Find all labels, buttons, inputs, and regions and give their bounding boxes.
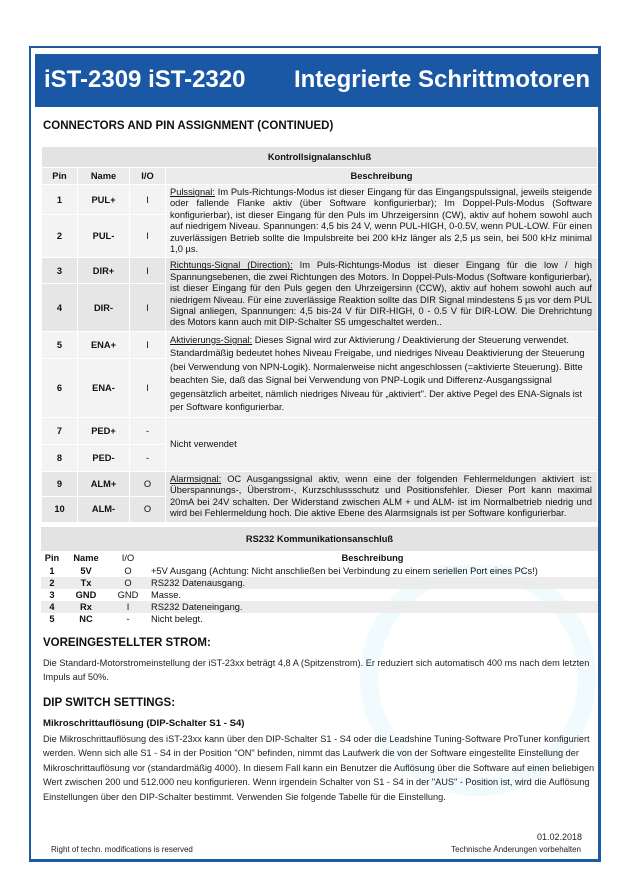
table-row: 5 ENA+ I Aktivierungs-Signal: Dieses Sig… — [42, 331, 598, 358]
col-name: Name — [63, 551, 109, 565]
col-pin: Pin — [42, 168, 78, 185]
col-description: Beschreibung — [166, 168, 598, 185]
table-row: 2TxORS232 Datenausgang. — [41, 577, 598, 589]
col-io: I/O — [109, 551, 147, 565]
dir-description: Richtungs-Signal (Direction): Im Puls-Ri… — [166, 258, 598, 331]
ena-description: Aktivierungs-Signal: Dieses Signal wird … — [166, 331, 598, 417]
dip-text: Die Mikroschrittauflösung des iST-23xx k… — [43, 732, 598, 804]
alm-description: Alarmsignal: OC Ausgangssignal aktiv, we… — [166, 471, 598, 522]
footer-date: 01.02.2018 — [537, 832, 582, 842]
col-io: I/O — [130, 168, 166, 185]
col-name: Name — [78, 168, 130, 185]
model-title: iST-2309 iST-2320 — [44, 66, 245, 94]
section-connectors-title: CONNECTORS AND PIN ASSIGNMENT (CONTINUED… — [43, 120, 333, 132]
table-row: 4RxIRS232 Dateneingang. — [41, 601, 598, 613]
dip-title: DIP SWITCH SETTINGS: — [43, 697, 175, 709]
product-title: Integrierte Schrittmotoren — [294, 66, 590, 94]
current-text: Die Standard-Motorstromeinstellung der i… — [43, 656, 598, 685]
col-description: Beschreibung — [147, 551, 598, 565]
current-title: VOREINGESTELLTER STROM: — [43, 637, 211, 649]
table-caption: Kontrollsignalanschluß — [42, 147, 598, 168]
table-row: 3GNDGNDMasse. — [41, 589, 598, 601]
table-row: 7 PED+ - Nicht verwendet — [42, 417, 598, 444]
table-row: 5NC-Nicht belegt. — [41, 613, 598, 625]
table-row: 9 ALM+ O Alarmsignal: OC Ausgangssignal … — [42, 471, 598, 496]
table-row: 15VO+5V Ausgang (Achtung: Nicht anschlie… — [41, 565, 598, 577]
footer-note: Technische Änderungen vorbehalten — [451, 845, 581, 854]
footer-rights: Right of techn. modifications is reserve… — [51, 845, 193, 854]
page-header: iST-2309 iST-2320 Integrierte Schrittmot… — [35, 54, 601, 107]
rs232-table: RS232 Kommunikationsanschluß Pin Name I/… — [41, 527, 598, 625]
table-caption: RS232 Kommunikationsanschluß — [41, 527, 598, 551]
table-row: 1 PUL+ I Pulssignal: Im Puls-Richtungs-M… — [42, 185, 598, 215]
col-pin: Pin — [41, 551, 63, 565]
control-signal-table: Kontrollsignalanschluß Pin Name I/O Besc… — [41, 146, 598, 523]
dip-subtitle: Mikroschrittauflösung (DIP-Schalter S1 -… — [43, 718, 245, 729]
table-row: 3 DIR+ I Richtungs-Signal (Direction): I… — [42, 258, 598, 284]
ped-description: Nicht verwendet — [166, 417, 598, 471]
pul-description: Pulssignal: Im Puls-Richtungs-Modus ist … — [166, 185, 598, 258]
